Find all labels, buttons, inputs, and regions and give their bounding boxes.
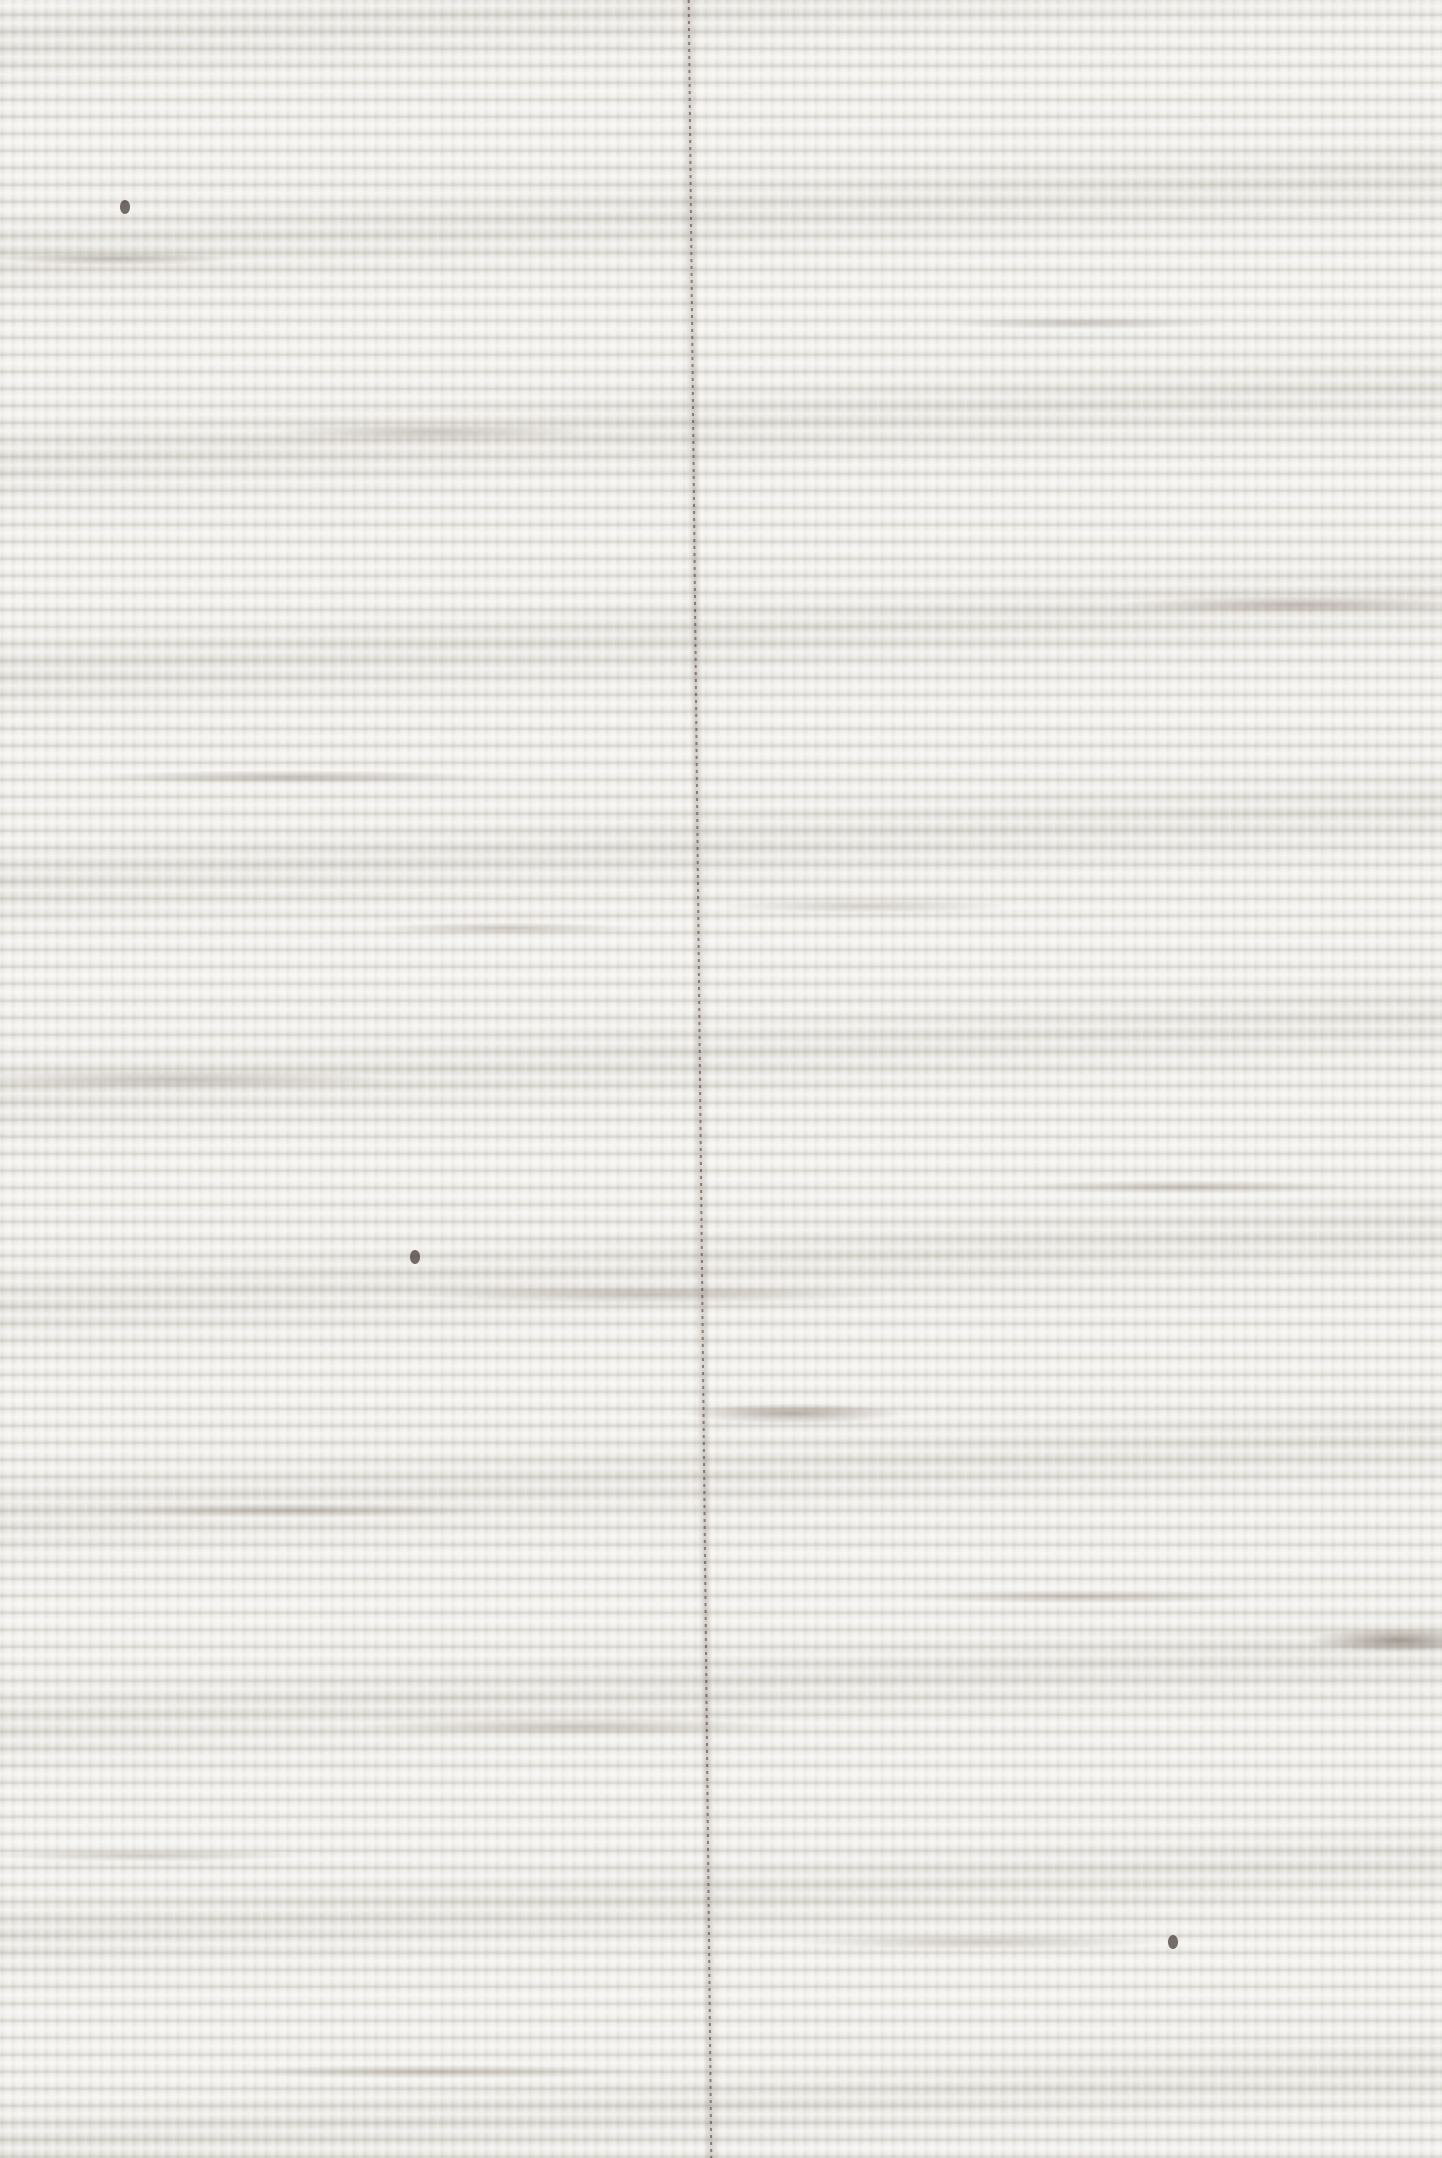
dark-fiber-tuft [1168,1935,1178,1949]
dark-fiber-tuft [120,200,130,214]
rug-texture-photo [0,0,1442,2158]
pile-streaks [0,0,1442,2158]
dark-fiber-tuft [410,1250,420,1264]
